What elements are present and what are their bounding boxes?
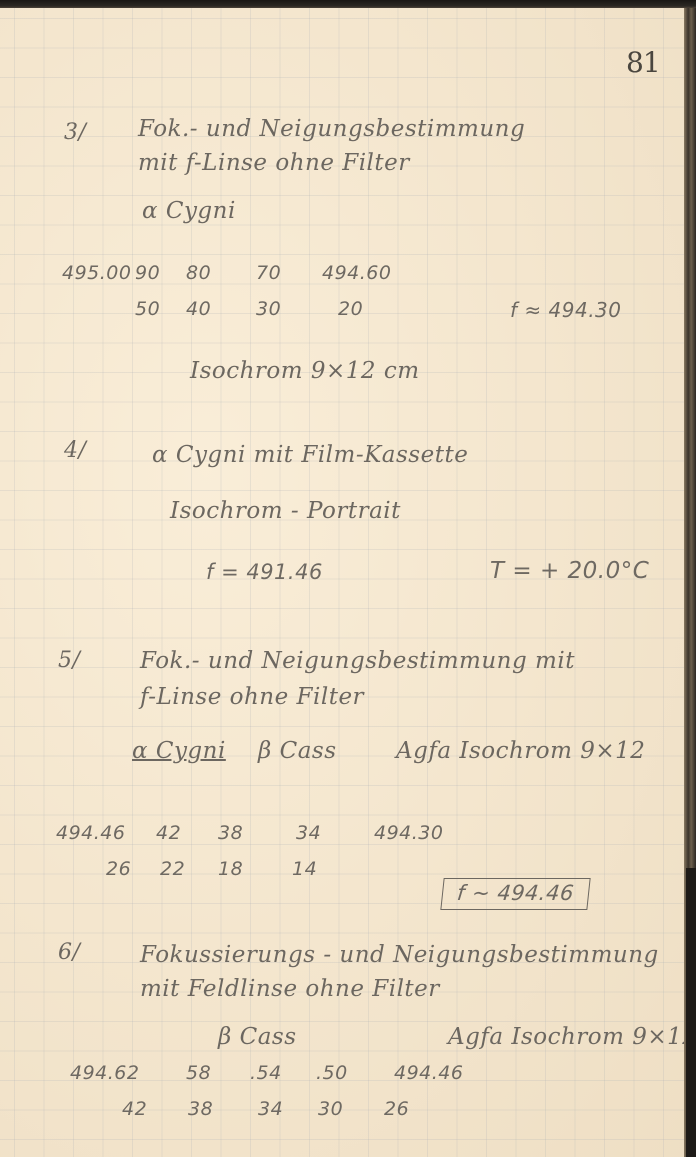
- entry-5-star-struck: α Cygni: [132, 738, 226, 764]
- entry-6-m1-3: .50: [316, 1062, 348, 1084]
- entry-3-plate: Isochrom 9×12 cm: [190, 358, 420, 384]
- entry-5-result-boxed: f ~ 494.46: [440, 878, 590, 910]
- entry-5-m1-4: 494.30: [374, 822, 443, 844]
- entry-6-m1-0: 494.62: [70, 1062, 139, 1084]
- entry-6-m2-4: 26: [384, 1098, 409, 1120]
- entry-3-m2-1: 40: [186, 298, 211, 320]
- binding-shadow: [686, 868, 696, 1157]
- entry-3-m1-2: 80: [186, 262, 211, 284]
- entry-5-plate: Agfa Isochrom 9×12: [396, 738, 645, 764]
- entry-5-m2-2: 18: [218, 858, 243, 880]
- entry-5-star: β Cass: [258, 738, 337, 764]
- entry-3-result: f ≈ 494.30: [510, 298, 622, 322]
- entry-6-m1-1: 58: [186, 1062, 211, 1084]
- entry-4-result: f = 491.46: [206, 560, 323, 584]
- entry-6-heading-line-2: mit Feldlinse ohne Filter: [140, 976, 440, 1002]
- entry-6-m2-2: 34: [258, 1098, 283, 1120]
- entry-3-heading-line-1: Fok.- und Neigungsbestimmung: [138, 116, 525, 142]
- entry-6-label: 6/: [58, 940, 80, 965]
- entry-5-m1-1: 42: [156, 822, 181, 844]
- notebook-binding-edge: [684, 8, 696, 1157]
- entry-6-plate: Agfa Isochrom 9×12: [448, 1024, 696, 1050]
- entry-6-m2-3: 30: [318, 1098, 343, 1120]
- entry-6-m2-1: 38: [188, 1098, 213, 1120]
- entry-4-plate: Isochrom - Portrait: [170, 498, 401, 524]
- entry-3-m1-1: 90: [135, 262, 160, 284]
- entry-5-m2-3: 14: [292, 858, 317, 880]
- entry-5-m1-2: 38: [218, 822, 243, 844]
- entry-3-m2-2: 30: [256, 298, 281, 320]
- entry-3-m2-3: 20: [338, 298, 363, 320]
- entry-6-m1-2: .54: [250, 1062, 282, 1084]
- entry-4-heading: α Cygni mit Film-Kassette: [152, 442, 468, 468]
- entry-5-m2-1: 22: [160, 858, 185, 880]
- entry-5-heading-line-2: f-Linse ohne Filter: [140, 684, 364, 710]
- entry-3-m2-0: 50: [135, 298, 160, 320]
- page-number: 81: [626, 46, 660, 79]
- entry-3-star: α Cygni: [142, 198, 236, 224]
- entry-5-m2-0: 26: [106, 858, 131, 880]
- entry-3-label: 3/: [64, 120, 86, 145]
- entry-3-m1-0: 495.00: [62, 262, 131, 284]
- entry-5-label: 5/: [58, 648, 80, 673]
- entry-5-m1-0: 494.46: [56, 822, 125, 844]
- entry-5-m1-3: 34: [296, 822, 321, 844]
- entry-6-star: β Cass: [218, 1024, 297, 1050]
- entry-6-heading-line-1: Fokussierungs - und Neigungsbestimmung: [140, 942, 659, 968]
- entry-3-heading-line-2: mit f-Linse ohne Filter: [138, 150, 410, 176]
- entry-3-m1-3: 70: [256, 262, 281, 284]
- entry-6-m2-0: 42: [122, 1098, 147, 1120]
- entry-3-m1-4: 494.60: [322, 262, 391, 284]
- entry-6-m1-4: 494.46: [394, 1062, 463, 1084]
- entry-4-temperature: T = + 20.0°C: [490, 558, 649, 584]
- notebook-page: 81 3/ Fok.- und Neigungsbestimmung mit f…: [0, 8, 686, 1157]
- entry-4-label: 4/: [64, 438, 86, 463]
- entry-5-heading-line-1: Fok.- und Neigungsbestimmung mit: [140, 648, 575, 674]
